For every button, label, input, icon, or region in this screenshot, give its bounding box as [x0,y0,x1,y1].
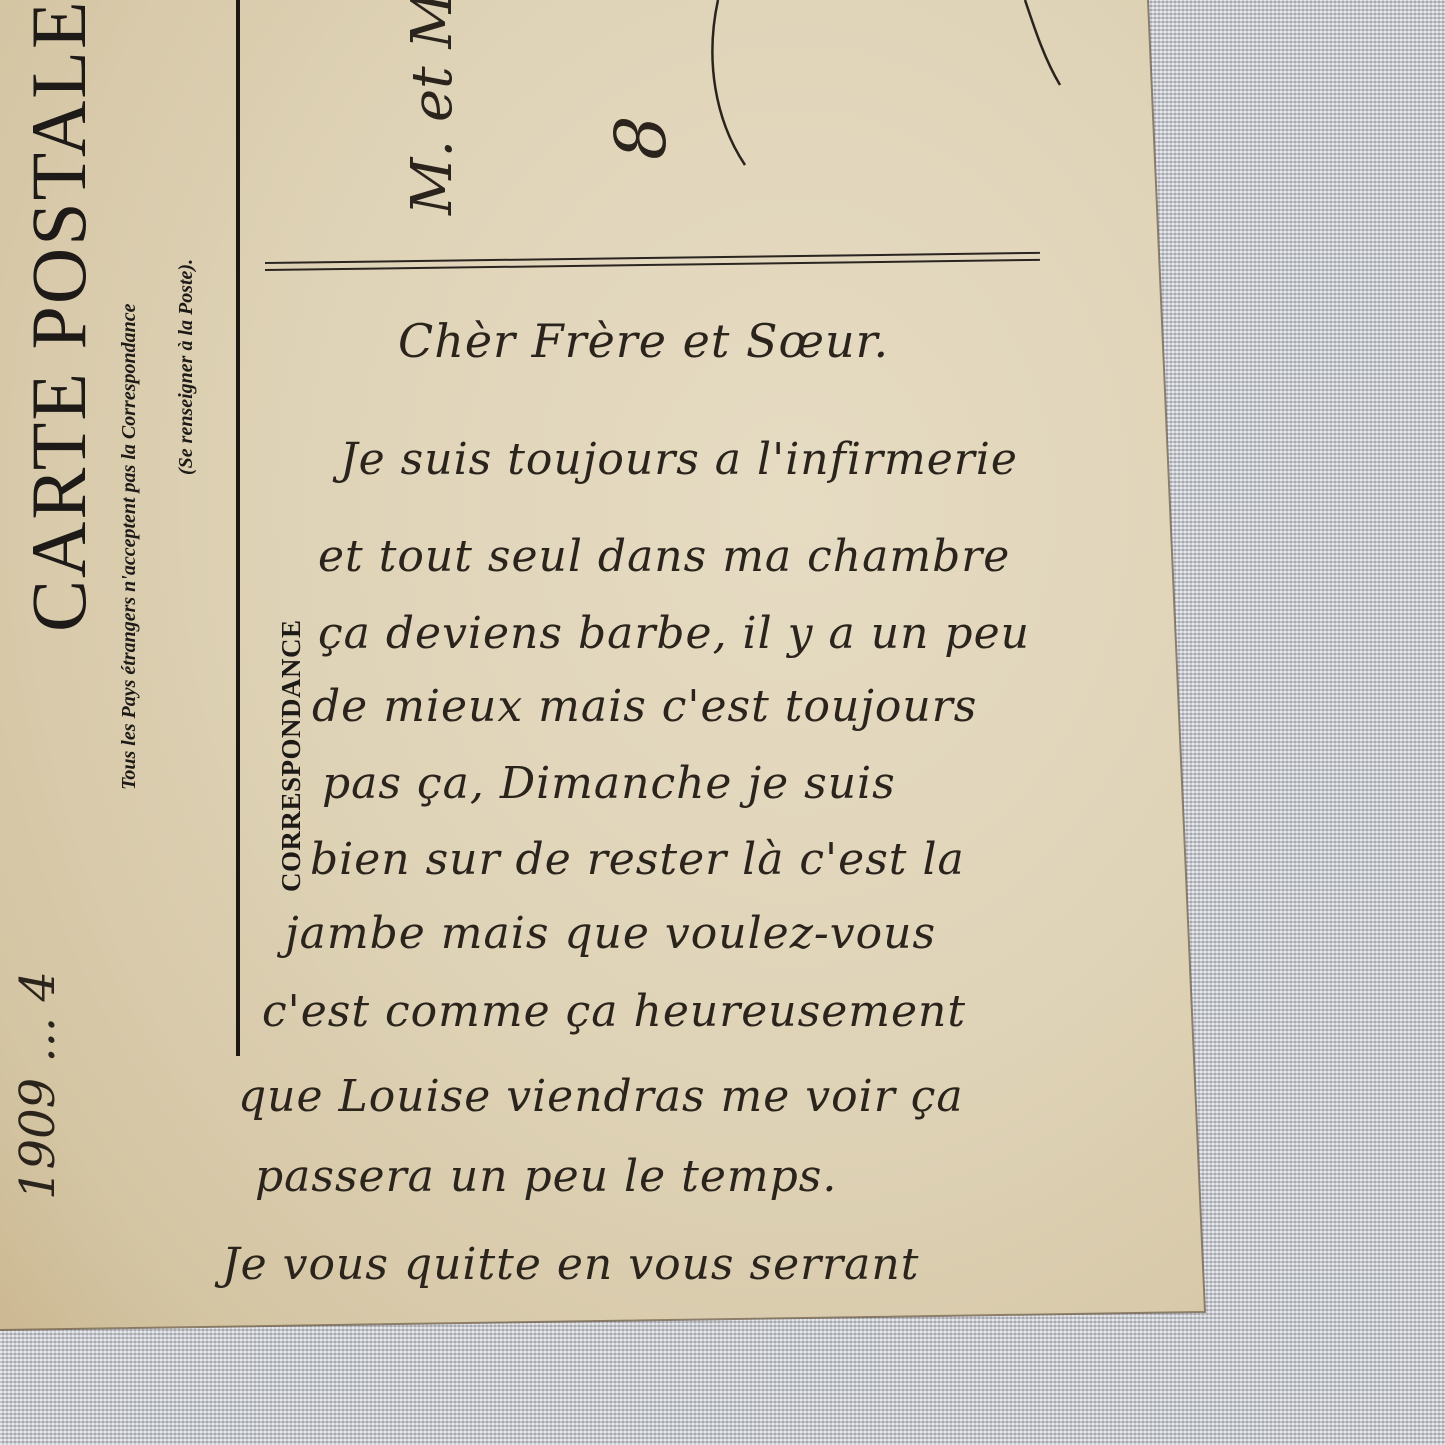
correspondance-label: CORRESPONDANCE [276,619,307,892]
address-stroke [0,0,1445,300]
letter-salutation: Chèr Frère et Sœur. [398,318,889,364]
letter-line: de mieux mais c'est toujours [312,685,977,729]
letter-line: c'est comme ça heureusement [262,990,966,1034]
left-margin-handwriting: 1909 ... 4 [10,971,66,1200]
foreign-notice-line1: Tous les Pays étrangers n'acceptent pas … [118,304,141,791]
letter-line: ça deviens barbe, il y a un peu [318,612,1030,656]
letter-line: pas ça, Dimanche je suis [322,762,896,806]
letter-line: Je vous quitte en vous serrant [222,1243,919,1287]
letter-line: et tout seul dans ma chambre [318,535,1010,579]
letter-line: passera un peu le temps. [255,1155,837,1199]
letter-line: Je suis toujours a l'infirmerie [340,438,1018,482]
letter-line: jambe mais que voulez-vous [285,912,936,956]
letter-line: bien sur de rester là c'est la [310,838,965,882]
letter-line: que Louise viendras me voir ça [238,1075,964,1119]
